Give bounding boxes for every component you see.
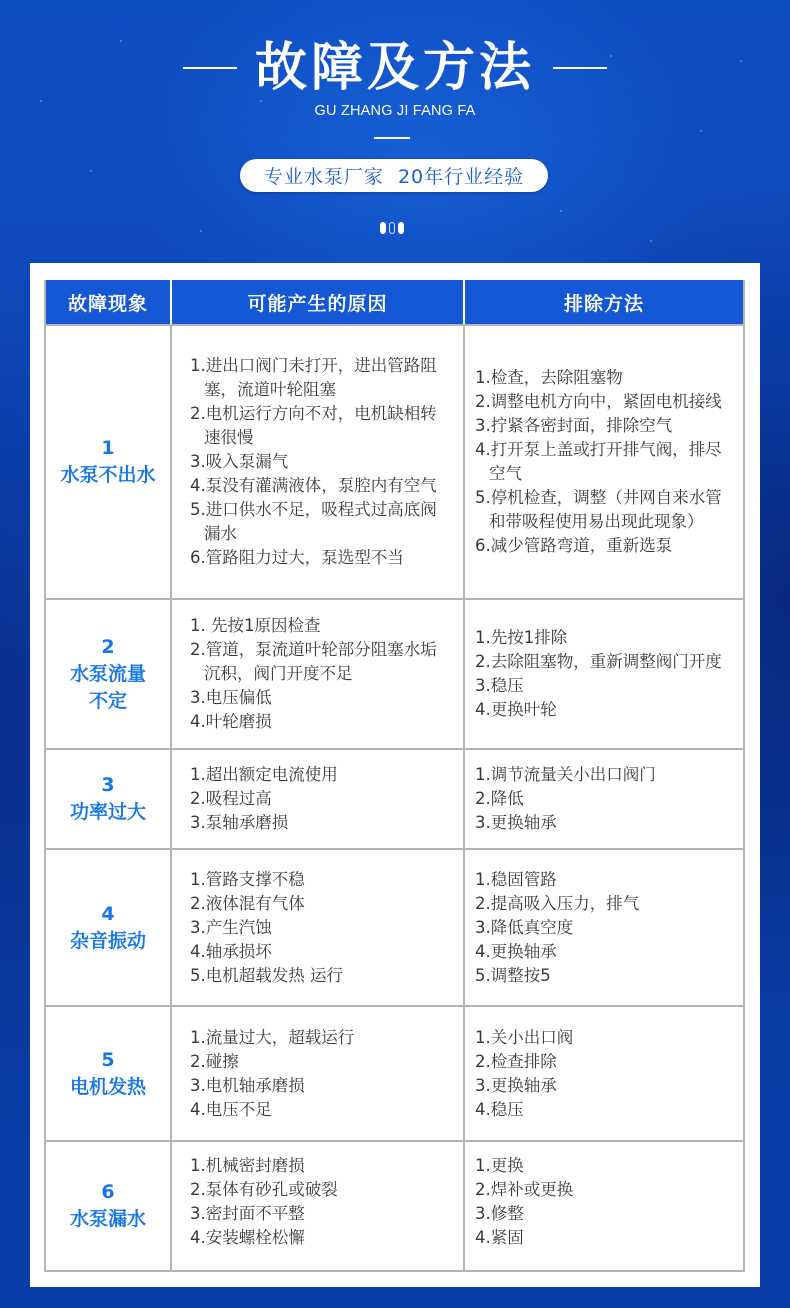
table-row: 2 水泵流量不定 1. 先按1原因检查 2.管道，泵流道叶轮部分阻塞水垢沉积，阀… bbox=[46, 598, 743, 748]
solution-item: 6.减少管路弯道，重新选泵 bbox=[475, 534, 733, 558]
solution-item: 5.停机检查，调整（井网自来水管和带吸程使用易出现此现象） bbox=[475, 486, 733, 534]
solution-item: 4.稳压 bbox=[475, 1098, 733, 1122]
speck bbox=[200, 230, 202, 232]
solution-cell: 1.调节流量关小出口阀门 2.降低 3.更换轴承 bbox=[463, 750, 743, 848]
solution-cell: 1.检查，去除阻塞物 2.调整电机方向中，紧固电机接线 3.拧紧各密封面，排除空… bbox=[463, 326, 743, 598]
fault-number: 1 bbox=[101, 435, 114, 462]
cause-item: 1.机械密封磨损 bbox=[190, 1154, 453, 1178]
cause-item: 3.密封面不平整 bbox=[190, 1202, 453, 1226]
solution-cell: 1.关小出口阀 2.检查排除 3.更换轴承 4.稳压 bbox=[463, 1007, 743, 1140]
solution-item: 4.更换轴承 bbox=[475, 940, 733, 964]
fault-name: 杂音振动 bbox=[70, 928, 146, 955]
fault-cell: 4 杂音振动 bbox=[46, 850, 170, 1005]
solution-item: 1.稳固管路 bbox=[475, 868, 733, 892]
fault-number: 4 bbox=[101, 901, 114, 928]
solution-item: 3.更换轴承 bbox=[475, 1074, 733, 1098]
fault-number: 3 bbox=[101, 772, 114, 799]
speck bbox=[90, 170, 92, 172]
title-left-dash bbox=[183, 67, 237, 69]
solution-cell: 1.稳固管路 2.提高吸入压力，排气 3.降低真空度 4.更换轴承 5.调整按5 bbox=[463, 850, 743, 1005]
fault-cell: 2 水泵流量不定 bbox=[46, 600, 170, 748]
solution-cell: 1.更换 2.焊补或更换 3.修整 4.紧固 bbox=[463, 1142, 743, 1270]
solution-item: 1.先按1排除 bbox=[475, 626, 733, 650]
cause-item: 1.超出额定电流使用 bbox=[190, 763, 453, 787]
column-header-fault: 故障现象 bbox=[46, 280, 170, 324]
indicator-dot bbox=[380, 222, 386, 234]
fault-cell: 6 水泵漏水 bbox=[46, 1142, 170, 1270]
solution-item: 1.更换 bbox=[475, 1154, 733, 1178]
column-header-cause: 可能产生的原因 bbox=[170, 280, 463, 324]
solution-item: 2.调整电机方向中，紧固电机接线 bbox=[475, 390, 733, 414]
fault-number: 2 bbox=[101, 634, 114, 661]
cause-cell: 1.机械密封磨损 2.泵体有砂孔或破裂 3.密封面不平整 4.安装螺栓松懈 bbox=[170, 1142, 463, 1270]
table-row: 5 电机发热 1.流量过大，超载运行 2.碰擦 3.电机轴承磨损 4.电压不足 … bbox=[46, 1005, 743, 1140]
cause-item: 5.进口供水不足，吸程式过高底阀漏水 bbox=[190, 498, 453, 546]
cause-item: 2.吸程过高 bbox=[190, 787, 453, 811]
speck bbox=[260, 100, 262, 102]
cause-item: 3.吸入泵漏气 bbox=[190, 450, 453, 474]
cause-item: 4.叶轮磨损 bbox=[190, 710, 453, 734]
solution-item: 2.降低 bbox=[475, 787, 733, 811]
cause-item: 2.泵体有砂孔或破裂 bbox=[190, 1178, 453, 1202]
cause-item: 3.泵轴承磨损 bbox=[190, 811, 453, 835]
solution-item: 4.打开泵上盖或打开排气阀，排尽空气 bbox=[475, 438, 733, 486]
speck bbox=[650, 240, 652, 242]
table-row: 1 水泵不出水 1.进出口阀门未打开，进出管路阻塞，流道叶轮阻塞 2.电机运行方… bbox=[46, 324, 743, 598]
column-header-solution: 排除方法 bbox=[463, 280, 743, 324]
speck bbox=[700, 130, 702, 132]
cause-item: 2.电机运行方向不对，电机缺相转速很慢 bbox=[190, 402, 453, 450]
speck bbox=[40, 100, 42, 102]
page-title: 故障及方法 bbox=[255, 38, 535, 98]
fault-name: 水泵不出水 bbox=[60, 462, 155, 489]
cause-item: 6.管路阻力过大，泵选型不当 bbox=[190, 546, 453, 570]
cause-cell: 1.进出口阀门未打开，进出管路阻塞，流道叶轮阻塞 2.电机运行方向不对，电机缺相… bbox=[170, 326, 463, 598]
page-title-row: 故障及方法 bbox=[0, 38, 790, 98]
title-right-dash bbox=[553, 67, 607, 69]
cause-item: 3.电机轴承磨损 bbox=[190, 1074, 453, 1098]
cause-item: 2.管道，泵流道叶轮部分阻塞水垢沉积，阀门开度不足 bbox=[190, 638, 453, 686]
solution-item: 1.调节流量关小出口阀门 bbox=[475, 763, 733, 787]
solution-item: 4.更换叶轮 bbox=[475, 698, 733, 722]
content-panel: 故障现象 可能产生的原因 排除方法 1 水泵不出水 1.进出口阀门未打开，进出管… bbox=[30, 263, 760, 1287]
solution-item: 3.更换轴承 bbox=[475, 811, 733, 835]
page-indicator bbox=[380, 222, 404, 234]
solution-item: 1.关小出口阀 bbox=[475, 1026, 733, 1050]
table-row: 4 杂音振动 1.管路支撑不稳 2.液体混有气体 3.产生汽蚀 4.轴承损坏 5… bbox=[46, 848, 743, 1005]
solution-item: 3.降低真空度 bbox=[475, 916, 733, 940]
cause-item: 4.安装螺栓松懈 bbox=[190, 1226, 453, 1250]
cause-item: 1.管路支撑不稳 bbox=[190, 868, 453, 892]
fault-cell: 1 水泵不出水 bbox=[46, 326, 170, 598]
solution-item: 3.修整 bbox=[475, 1202, 733, 1226]
solution-item: 3.稳压 bbox=[475, 674, 733, 698]
fault-name: 水泵漏水 bbox=[70, 1206, 146, 1233]
solution-item: 2.去除阻塞物，重新调整阀门开度 bbox=[475, 650, 733, 674]
fault-cell: 3 功率过大 bbox=[46, 750, 170, 848]
table-row: 3 功率过大 1.超出额定电流使用 2.吸程过高 3.泵轴承磨损 1.调节流量关… bbox=[46, 748, 743, 848]
cause-item: 1.进出口阀门未打开，进出管路阻塞，流道叶轮阻塞 bbox=[190, 354, 453, 402]
page-subtitle: GU ZHANG JI FANG FA bbox=[0, 103, 790, 119]
speck bbox=[560, 210, 562, 212]
solution-item: 1.检查，去除阻塞物 bbox=[475, 366, 733, 390]
cause-item: 2.碰擦 bbox=[190, 1050, 453, 1074]
solution-item: 4.紧固 bbox=[475, 1226, 733, 1250]
cause-item: 5.电机超载发热 运行 bbox=[190, 964, 453, 988]
solution-cell: 1.先按1排除 2.去除阻塞物，重新调整阀门开度 3.稳压 4.更换叶轮 bbox=[463, 600, 743, 748]
cause-item: 2.液体混有气体 bbox=[190, 892, 453, 916]
indicator-dot bbox=[398, 222, 404, 234]
solution-item: 2.焊补或更换 bbox=[475, 1178, 733, 1202]
cause-item: 3.电压偏低 bbox=[190, 686, 453, 710]
solution-item: 3.拧紧各密封面，排除空气 bbox=[475, 414, 733, 438]
indicator-dot-active bbox=[389, 222, 395, 234]
fault-table: 故障现象 可能产生的原因 排除方法 1 水泵不出水 1.进出口阀门未打开，进出管… bbox=[44, 280, 745, 1272]
fault-name: 水泵流量不定 bbox=[68, 661, 148, 715]
table-row: 6 水泵漏水 1.机械密封磨损 2.泵体有砂孔或破裂 3.密封面不平整 4.安装… bbox=[46, 1140, 743, 1270]
solution-item: 5.调整按5 bbox=[475, 964, 733, 988]
cause-cell: 1. 先按1原因检查 2.管道，泵流道叶轮部分阻塞水垢沉积，阀门开度不足 3.电… bbox=[170, 600, 463, 748]
cause-item: 1. 先按1原因检查 bbox=[190, 614, 453, 638]
cause-cell: 1.流量过大，超载运行 2.碰擦 3.电机轴承磨损 4.电压不足 bbox=[170, 1007, 463, 1140]
cause-item: 1.流量过大，超载运行 bbox=[190, 1026, 453, 1050]
cause-cell: 1.超出额定电流使用 2.吸程过高 3.泵轴承磨损 bbox=[170, 750, 463, 848]
table-header: 故障现象 可能产生的原因 排除方法 bbox=[46, 280, 743, 324]
fault-number: 5 bbox=[101, 1047, 114, 1074]
experience-badge-text: 专业水泵厂家 20年行业经验 bbox=[264, 162, 524, 189]
experience-badge: 专业水泵厂家 20年行业经验 bbox=[240, 159, 548, 192]
fault-name: 电机发热 bbox=[70, 1074, 146, 1101]
cause-item: 4.电压不足 bbox=[190, 1098, 453, 1122]
cause-item: 4.泵没有灌满液体，泵腔内有空气 bbox=[190, 474, 453, 498]
cause-item: 3.产生汽蚀 bbox=[190, 916, 453, 940]
solution-item: 2.提高吸入压力，排气 bbox=[475, 892, 733, 916]
fault-cell: 5 电机发热 bbox=[46, 1007, 170, 1140]
subtitle-divider bbox=[374, 137, 410, 139]
fault-name: 功率过大 bbox=[70, 799, 146, 826]
solution-item: 2.检查排除 bbox=[475, 1050, 733, 1074]
cause-cell: 1.管路支撑不稳 2.液体混有气体 3.产生汽蚀 4.轴承损坏 5.电机超载发热… bbox=[170, 850, 463, 1005]
fault-number: 6 bbox=[101, 1179, 114, 1206]
cause-item: 4.轴承损坏 bbox=[190, 940, 453, 964]
